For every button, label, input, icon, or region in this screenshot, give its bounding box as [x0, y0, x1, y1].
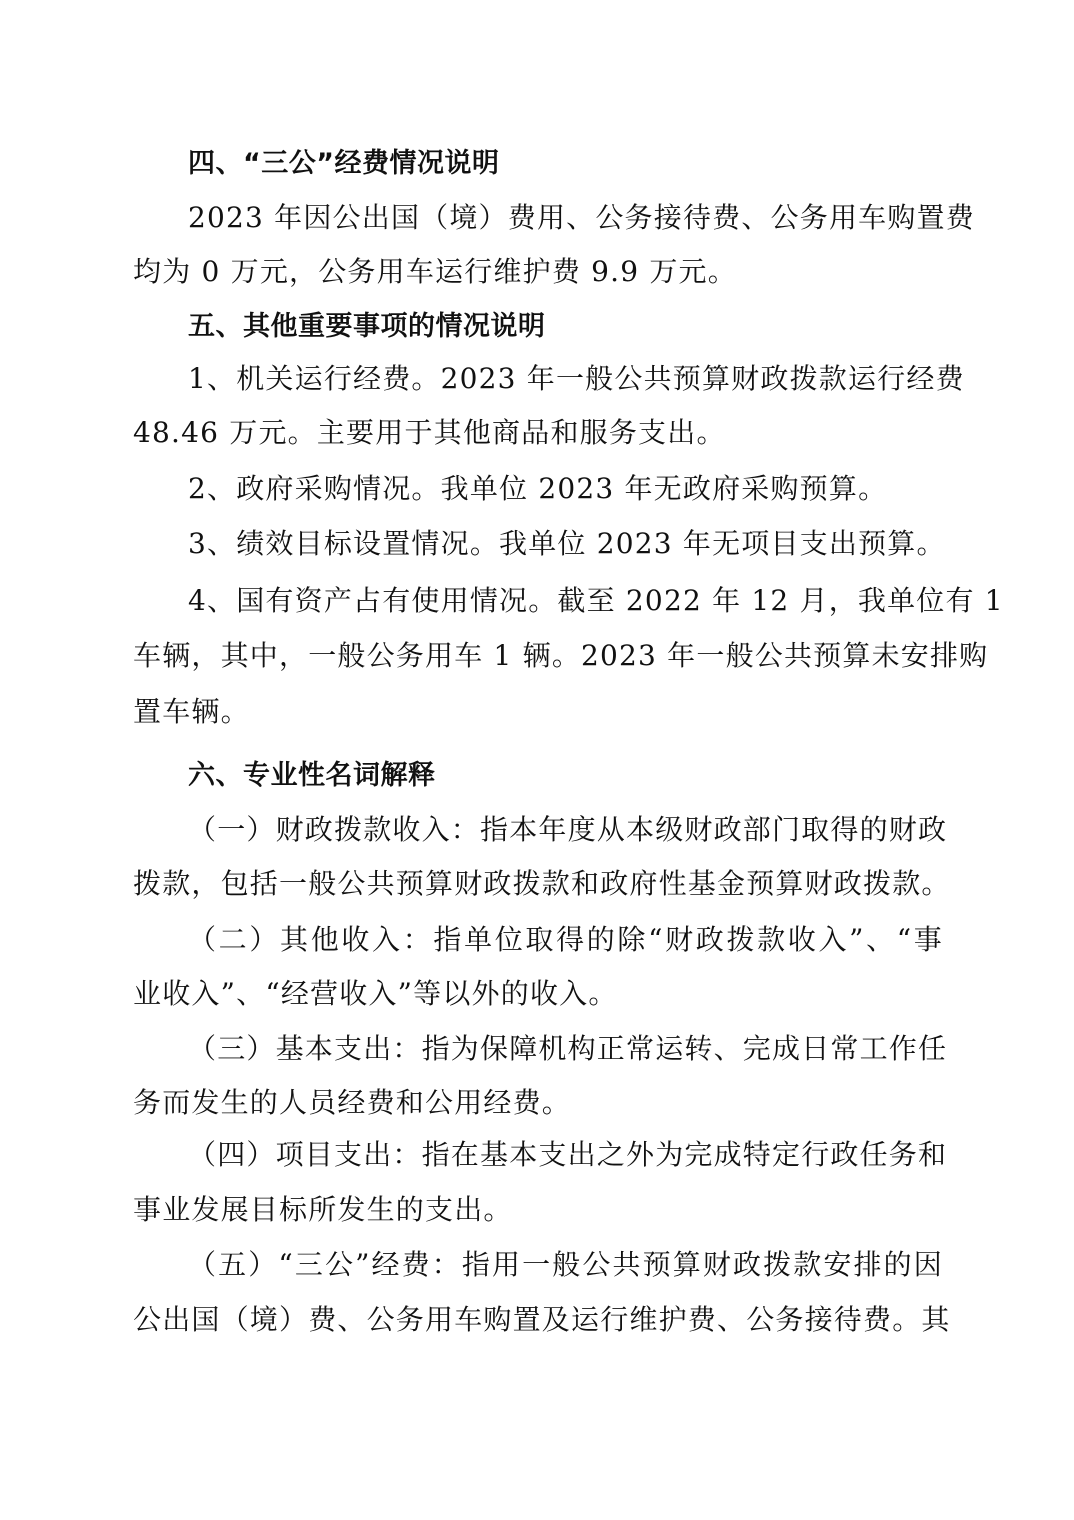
paragraph-line: 1、机关运行经费。2023 年一般公共预算财政拨款运行经费 — [188, 361, 943, 397]
paragraph-line: 拨款，包括一般公共预算财政拨款和政府性基金预算财政拨款。 — [133, 866, 943, 902]
paragraph-line: （四）项目支出：指在基本支出之外为完成特定行政任务和 — [188, 1137, 943, 1173]
paragraph-line: （一）财政拨款收入：指本年度从本级财政部门取得的财政 — [188, 812, 943, 848]
section-heading-6: 六、专业性名词解释 — [188, 758, 943, 794]
section-heading-5: 五、其他重要事项的情况说明 — [188, 309, 943, 345]
paragraph-line: 3、绩效目标设置情况。我单位 2023 年无项目支出预算。 — [188, 526, 943, 562]
paragraph-line: （二）其他收入：指单位取得的除“财政拨款收入”、“事 — [188, 922, 943, 958]
paragraph-line: 务而发生的人员经费和公用经费。 — [133, 1085, 943, 1121]
paragraph-line: 车辆，其中，一般公务用车 1 辆。2023 年一般公共预算未安排购 — [133, 638, 943, 674]
paragraph-line: 4、国有资产占有使用情况。截至 2022 年 12 月，我单位有 1 — [188, 583, 943, 619]
paragraph-line: （五）“三公”经费：指用一般公共预算财政拨款安排的因 — [188, 1247, 943, 1283]
document-page: 四、“三公”经费情况说明 2023 年因公出国（境）费用、公务接待费、公务用车购… — [0, 0, 1074, 1520]
paragraph-line: 2、政府采购情况。我单位 2023 年无政府采购预算。 — [188, 471, 943, 507]
paragraph-line: （三）基本支出：指为保障机构正常运转、完成日常工作任 — [188, 1031, 943, 1067]
paragraph-line: 置车辆。 — [133, 694, 943, 730]
paragraph-line: 业收入”、“经营收入”等以外的收入。 — [133, 976, 943, 1012]
paragraph-line: 2023 年因公出国（境）费用、公务接待费、公务用车购置费 — [188, 200, 943, 236]
paragraph-line: 48.46 万元。主要用于其他商品和服务支出。 — [133, 415, 943, 451]
section-heading-4: 四、“三公”经费情况说明 — [188, 146, 943, 182]
paragraph-line: 公出国（境）费、公务用车购置及运行维护费、公务接待费。其 — [133, 1302, 943, 1338]
paragraph-line: 事业发展目标所发生的支出。 — [133, 1192, 943, 1228]
paragraph-line: 均为 0 万元，公务用车运行维护费 9.9 万元。 — [133, 254, 943, 290]
